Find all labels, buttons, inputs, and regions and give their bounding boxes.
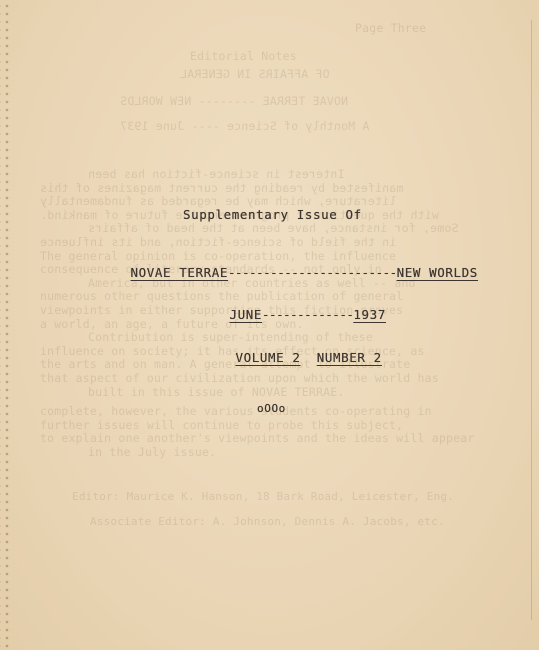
title-new-worlds: NEW WORLDS <box>397 265 478 280</box>
bleed-date-line: A Monthly of Science ---- June 1937 <box>120 120 369 133</box>
supplementary-label: Supplementary Issue Of <box>183 207 362 222</box>
bleed-body-line: Interest in science-fiction has been <box>88 168 344 181</box>
number-label: NUMBER 2 <box>317 350 382 365</box>
bleed-body-line: in the field of science-fiction, and its… <box>40 236 396 249</box>
bleed-body-line: further issues will continue to probe th… <box>40 419 403 432</box>
bleed-body-line: Some, for instance, have been at the hea… <box>88 222 458 235</box>
bleed-footer-associate: Associate Editor: A. Johnson, Dennis A. … <box>90 515 445 528</box>
volume-label: VOLUME 2 <box>236 350 301 365</box>
bleed-body-line: to explain one another's viewpoints and … <box>40 432 475 445</box>
bleed-title-line: NOVAE TERRAE -------- NEW WORLDS <box>120 95 348 108</box>
bleed-subheading: OF AFFAIRS IN GENERAL <box>180 68 330 81</box>
bleed-page-number: Page Three <box>355 22 426 35</box>
date-dashes: ------------- <box>262 307 353 322</box>
page-edge-line <box>531 20 532 620</box>
bleed-body-line: manifested by reading the current magazi… <box>40 182 403 195</box>
bleed-body-line: complete, however, the various students … <box>40 405 432 418</box>
title-dashes: ------------------------ <box>228 265 397 280</box>
bleed-body-line: in the July issue. <box>88 446 216 459</box>
title-line: NOVAE TERRAE------------------------NEW … <box>98 250 478 295</box>
document-page: Page Three Editorial Notes OF AFFAIRS IN… <box>0 0 539 650</box>
ornament: oOOo <box>257 402 286 415</box>
title-novae-terrae: NOVAE TERRAE <box>131 265 229 280</box>
volume-line: VOLUME 2 NUMBER 2 <box>203 335 382 380</box>
date-line: JUNE-------------1937 <box>197 292 386 337</box>
date-month: JUNE <box>230 307 263 322</box>
perforated-edge <box>0 0 12 650</box>
bleed-heading: Editorial Notes <box>190 50 297 63</box>
bleed-footer-editor: Editor: Maurice K. Hanson, 18 Bark Road,… <box>72 490 454 503</box>
bleed-body-line: built in this issue of NOVAE TERRAE. <box>88 386 344 399</box>
date-year: 1937 <box>353 307 386 322</box>
